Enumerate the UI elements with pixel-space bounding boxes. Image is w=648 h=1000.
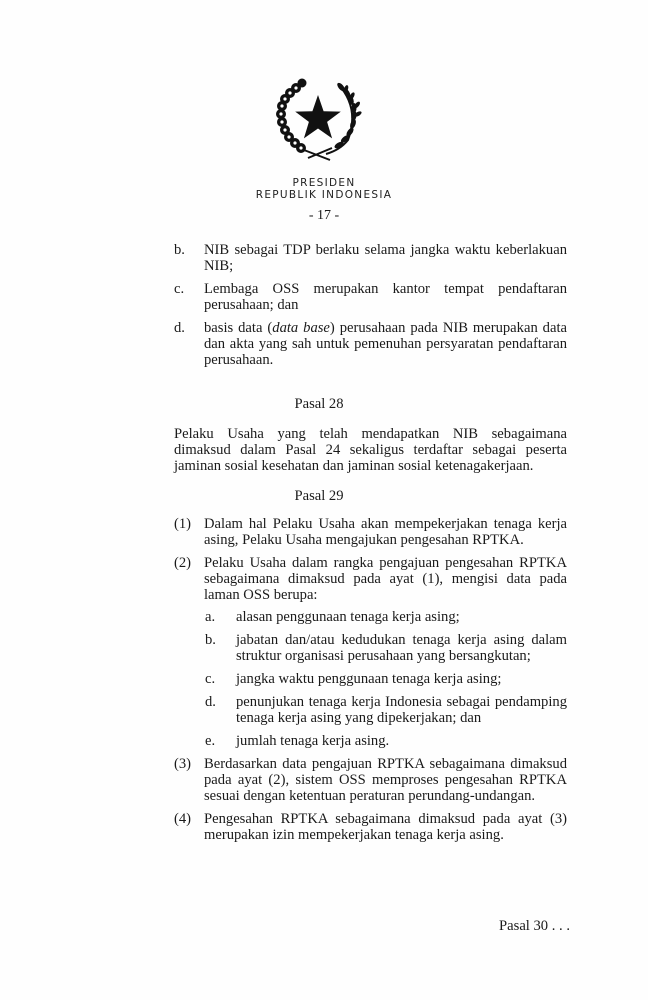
sub-text: alasan penggunaan tenaga kerja asing; xyxy=(236,609,567,625)
list-item: b. NIB sebagai TDP berlaku selama jangka… xyxy=(174,242,567,274)
pasal-28-text: Pelaku Usaha yang telah mendapatkan NIB … xyxy=(174,426,567,474)
list-label: c. xyxy=(174,281,204,313)
sub-label: a. xyxy=(205,609,236,625)
ayat-text: Pelaku Usaha dalam rangka pengajuan peng… xyxy=(204,555,567,603)
sub-label: c. xyxy=(205,671,236,687)
list-label: b. xyxy=(174,242,204,274)
list-continued: b. NIB sebagai TDP berlaku selama jangka… xyxy=(174,242,567,375)
continuation-marker: Pasal 30 . . . xyxy=(499,918,570,934)
ayat-item: (1) Dalam hal Pelaku Usaha akan mempeker… xyxy=(174,516,567,548)
list-item: d. basis data (data base) perusahaan pad… xyxy=(174,320,567,368)
sub-item: c. jangka waktu penggunaan tenaga kerja … xyxy=(205,671,567,687)
list-text: NIB sebagai TDP berlaku selama jangka wa… xyxy=(204,242,567,274)
sub-item: e. jumlah tenaga kerja asing. xyxy=(205,733,567,749)
page-number: - 17 - xyxy=(0,208,648,224)
sub-item: a. alasan penggunaan tenaga kerja asing; xyxy=(205,609,567,625)
ayat-label: (1) xyxy=(174,516,204,548)
header-title-presiden: PRESIDEN xyxy=(0,177,648,189)
ayat-text: Pengesahan RPTKA sebagaimana dimaksud pa… xyxy=(204,811,567,843)
sub-item: b. jabatan dan/atau kedudukan tenaga ker… xyxy=(205,632,567,664)
list-text: Lembaga OSS merupakan kantor tempat pend… xyxy=(204,281,567,313)
ayat-label: (3) xyxy=(174,756,204,804)
ayat-item: (3) Berdasarkan data pengajuan RPTKA seb… xyxy=(174,756,567,804)
pasal-29-body: (1) Dalam hal Pelaku Usaha akan mempeker… xyxy=(174,516,567,850)
sub-text: jabatan dan/atau kedudukan tenaga kerja … xyxy=(236,632,567,664)
presidential-emblem-icon xyxy=(268,78,368,162)
sub-label: e. xyxy=(205,733,236,749)
ayat-text: Dalam hal Pelaku Usaha akan mempekerjaka… xyxy=(204,516,567,548)
sub-label: b. xyxy=(205,632,236,664)
sub-text: jangka waktu penggunaan tenaga kerja asi… xyxy=(236,671,567,687)
pasal-29-heading: Pasal 29 xyxy=(174,488,464,504)
sub-item: d. penunjukan tenaga kerja Indonesia seb… xyxy=(205,694,567,726)
sub-text: jumlah tenaga kerja asing. xyxy=(236,733,567,749)
list-item: c. Lembaga OSS merupakan kantor tempat p… xyxy=(174,281,567,313)
ayat-text: Berdasarkan data pengajuan RPTKA sebagai… xyxy=(204,756,567,804)
ayat-label: (4) xyxy=(174,811,204,843)
sub-text: penunjukan tenaga kerja Indonesia sebaga… xyxy=(236,694,567,726)
document-page: PRESIDEN REPUBLIK INDONESIA - 17 - b. NI… xyxy=(0,0,648,1000)
list-label: d. xyxy=(174,320,204,368)
ayat-item: (4) Pengesahan RPTKA sebagaimana dimaksu… xyxy=(174,811,567,843)
header-title-republik: REPUBLIK INDONESIA xyxy=(0,189,648,201)
list-text: basis data (data base) perusahaan pada N… xyxy=(204,320,567,368)
ayat-label: (2) xyxy=(174,555,204,603)
pasal-28-heading: Pasal 28 xyxy=(174,396,464,412)
sub-label: d. xyxy=(205,694,236,726)
italic-term: data base xyxy=(272,320,330,336)
ayat-item: (2) Pelaku Usaha dalam rangka pengajuan … xyxy=(174,555,567,603)
